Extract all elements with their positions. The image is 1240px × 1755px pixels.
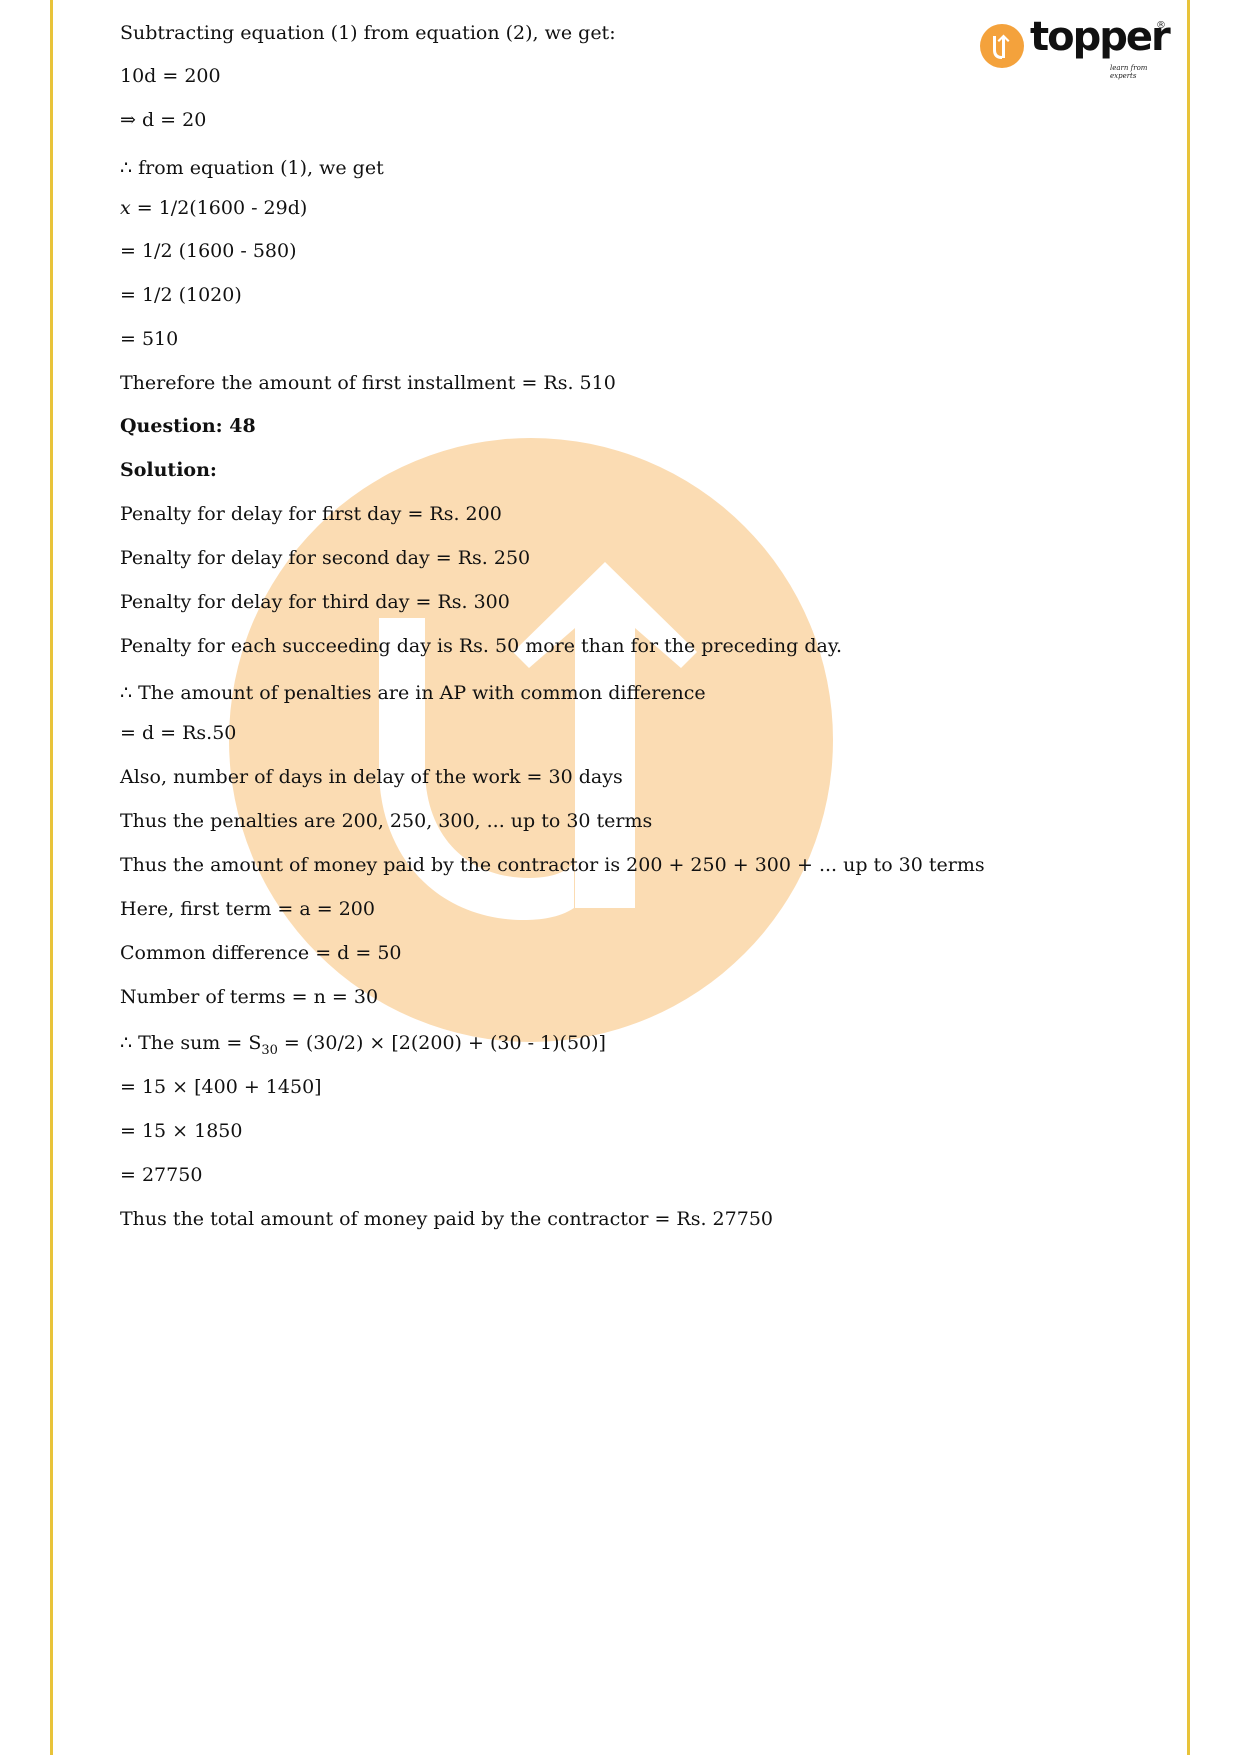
- registered-mark: ®: [1156, 20, 1166, 31]
- line-text: Penalty for each succeeding day is Rs. 5…: [120, 635, 842, 657]
- line-text: Number of terms = n = 30: [120, 986, 378, 1008]
- text-line: Penalty for delay for second day = Rs. 2…: [120, 546, 530, 570]
- text-line: ⇒ d = 20: [120, 108, 206, 132]
- text-line: Penalty for delay for third day = Rs. 30…: [120, 590, 510, 614]
- text-line: Here, first term = a = 200: [120, 897, 375, 921]
- section-heading: Question: 48: [120, 414, 256, 438]
- line-text: = 15 × 1850: [120, 1120, 243, 1142]
- text-line: = 510: [120, 327, 178, 351]
- logo-wordmark: topper: [1030, 14, 1169, 60]
- line-text: Penalty for delay for second day = Rs. 2…: [120, 547, 530, 569]
- text-line: Penalty for each succeeding day is Rs. 5…: [120, 634, 842, 658]
- text-line: Common difference = d = 50: [120, 941, 402, 965]
- text-line: = 27750: [120, 1163, 202, 1187]
- line-text: = 510: [120, 328, 178, 350]
- page-border-right: [1187, 0, 1190, 1755]
- line-text: Therefore the amount of first installmen…: [120, 372, 616, 394]
- line-text: ⇒ d = 20: [120, 109, 206, 131]
- subscript: 30: [261, 1043, 278, 1058]
- text-line: Thus the total amount of money paid by t…: [120, 1207, 773, 1231]
- text-line: Subtracting equation (1) from equation (…: [120, 21, 616, 45]
- text-line: ∴ The amount of penalties are in AP with…: [120, 681, 706, 705]
- line-text: = 15 × [400 + 1450]: [120, 1076, 322, 1098]
- line-text: Solution:: [120, 459, 217, 481]
- text-line: 10d = 200: [120, 64, 221, 88]
- line-text: Penalty for delay for third day = Rs. 30…: [120, 591, 510, 613]
- text-line: = d = Rs.50: [120, 721, 236, 745]
- line-text: ∴ The sum = S: [120, 1032, 261, 1054]
- line-text: Also, number of days in delay of the wor…: [120, 766, 623, 788]
- line-text: = 1/2 (1600 - 580): [120, 240, 297, 262]
- text-line: = 1/2 (1600 - 580): [120, 239, 297, 263]
- text-line: ∴ from equation (1), we get: [120, 156, 384, 180]
- text-line: Thus the penalties are 200, 250, 300, ..…: [120, 809, 652, 833]
- line-text: = d = Rs.50: [120, 722, 236, 744]
- line-text: ∴ The amount of penalties are in AP with…: [120, 682, 706, 704]
- topper-logo: topper ® learn from experts: [980, 20, 1170, 80]
- text-line: x = 1/2(1600 - 29d): [120, 196, 307, 220]
- text-line: ∴ The sum = S30 = (30/2) × [2(200) + (30…: [120, 1031, 606, 1063]
- line-text: = 1/2 (1020): [120, 284, 242, 306]
- page-border-left: [50, 0, 53, 1755]
- section-heading: Solution:: [120, 458, 217, 482]
- text-line: Thus the amount of money paid by the con…: [120, 853, 985, 877]
- line-text: = 1/2(1600 - 29d): [131, 197, 308, 219]
- line-text: Here, first term = a = 200: [120, 898, 375, 920]
- text-line: Therefore the amount of first installmen…: [120, 371, 616, 395]
- text-line: = 15 × 1850: [120, 1119, 243, 1143]
- line-text: Question: 48: [120, 415, 256, 437]
- logo-u-arrow-icon: [980, 24, 1024, 68]
- line-text-continued: = (30/2) × [2(200) + (30 - 1)(50)]: [278, 1032, 606, 1054]
- text-line: Number of terms = n = 30: [120, 985, 378, 1009]
- line-text: ∴ from equation (1), we get: [120, 157, 384, 179]
- text-line: = 1/2 (1020): [120, 283, 242, 307]
- text-line: Also, number of days in delay of the wor…: [120, 765, 623, 789]
- math-variable: x: [120, 197, 131, 219]
- text-line: Penalty for delay for first day = Rs. 20…: [120, 502, 502, 526]
- line-text: Thus the penalties are 200, 250, 300, ..…: [120, 810, 652, 832]
- line-text: Penalty for delay for first day = Rs. 20…: [120, 503, 502, 525]
- line-text: 10d = 200: [120, 65, 221, 87]
- line-text: = 27750: [120, 1164, 202, 1186]
- line-text: Common difference = d = 50: [120, 942, 402, 964]
- line-text: Thus the amount of money paid by the con…: [120, 854, 985, 876]
- logo-tagline: learn from experts: [1110, 64, 1170, 80]
- text-line: = 15 × [400 + 1450]: [120, 1075, 322, 1099]
- line-text: Subtracting equation (1) from equation (…: [120, 22, 616, 44]
- line-text: Thus the total amount of money paid by t…: [120, 1208, 773, 1230]
